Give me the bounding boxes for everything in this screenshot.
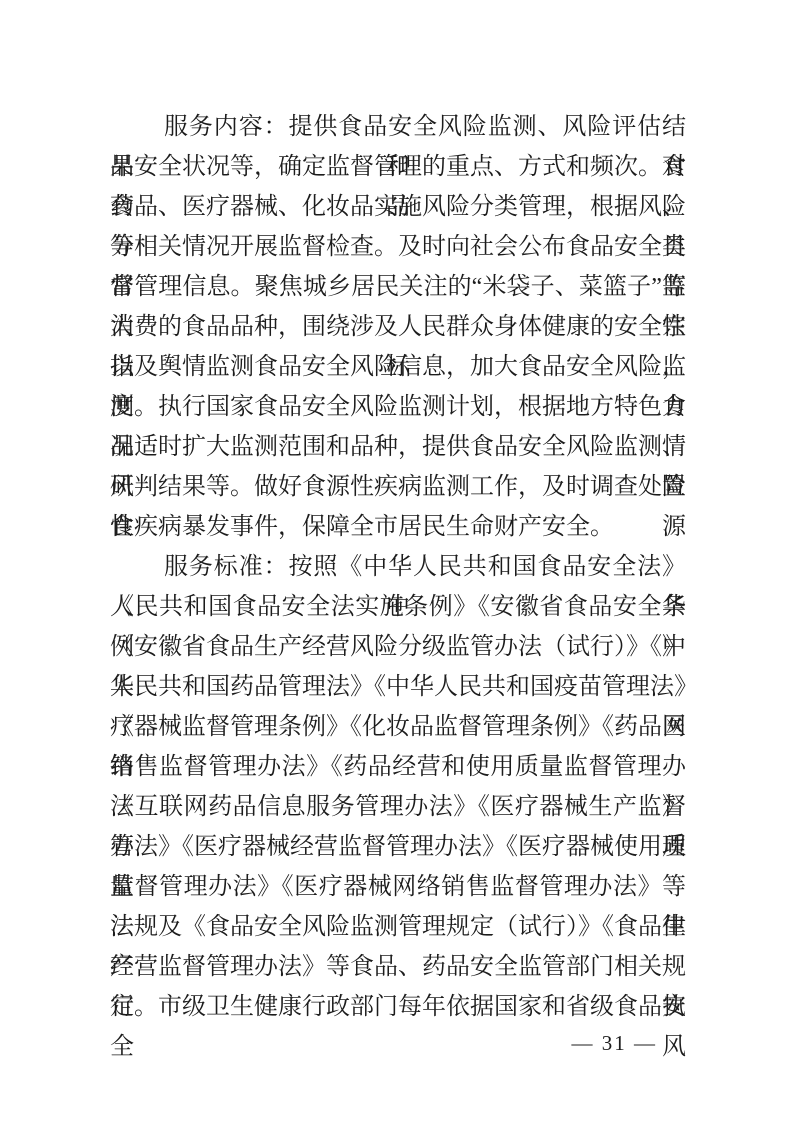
- paragraph-service-content: 服务内容：提供食品安全风险监测、风险评估结果和食品安全状况等，确定监督管理的重点…: [110, 107, 686, 547]
- text-line: 销售监督管理办法》《药品经营和使用质量监督管理办法》: [110, 747, 686, 787]
- text-line: 督管理信息。聚焦城乡居民关注的“米袋子、菜篮子”等大宗: [110, 267, 686, 307]
- text-block: 服务内容：提供食品安全风险监测、风险评估结果和食品安全状况等，确定监督管理的重点…: [110, 107, 686, 1027]
- text-line: 等相关情况开展监督检查。及时向社会公布食品安全日常监: [110, 227, 686, 267]
- text-line: 办法》《医疗器械经营监督管理办法》《医疗器械使用质量: [110, 827, 686, 867]
- text-line: 《安徽省食品生产经营风险分级监管办法（试行）》《中华: [110, 627, 686, 667]
- text-line: 服务标准：按照《中华人民共和国食品安全法》《中华: [110, 547, 686, 587]
- text-line: 度。执行国家食品安全风险监测计划，根据地方特色食品情: [110, 387, 686, 427]
- text-line: 品安全状况等，确定监督管理的重点、方式和频次。对食品、: [110, 147, 686, 187]
- text-line: 消费的食品品种，围绕涉及人民群众身体健康的安全性指标，: [110, 307, 686, 347]
- text-line: 人民共和国食品安全法实施条例》《安徽省食品安全条例》: [110, 587, 686, 627]
- text-line: 《互联网药品信息服务管理办法》《医疗器械生产监督管理: [110, 787, 686, 827]
- text-line: 研判结果等。做好食源性疾病监测工作，及时调查处置食源: [110, 467, 686, 507]
- text-line: 疗器械监督管理条例》《化妆品监督管理条例》《药品网络: [110, 707, 686, 747]
- paragraph-service-standard: 服务标准：按照《中华人民共和国食品安全法》《中华人民共和国食品安全法实施条例》《…: [110, 547, 686, 1027]
- page: 服务内容：提供食品安全风险监测、风险评估结果和食品安全状况等，确定监督管理的重点…: [0, 0, 793, 1122]
- text-line: 监督管理办法》《医疗器械网络销售监督管理办法》等法律: [110, 867, 686, 907]
- text-line: 况适时扩大监测范围和品种，提供食品安全风险监测、风险: [110, 427, 686, 467]
- text-line: 以及舆情监测食品安全风险信息，加大食品安全风险监测力: [110, 347, 686, 387]
- text-line: 药品、医疗器械、化妆品实施风险分类管理，根据风险分类: [110, 187, 686, 227]
- page-number: — 31 —: [572, 1030, 658, 1056]
- text-line: 经营监督管理办法》等食品、药品安全监管部门相关规定执: [110, 947, 686, 987]
- text-line: 服务内容：提供食品安全风险监测、风险评估结果和食: [110, 107, 686, 147]
- text-line: 法规及《食品安全风险监测管理规定（试行）》《食品生产: [110, 907, 686, 947]
- text-line: 行。市级卫生健康行政部门每年依据国家和省级食品安全风: [110, 987, 686, 1027]
- text-line: 性疾病暴发事件，保障全市居民生命财产安全。: [110, 507, 686, 547]
- text-line: 人民共和国药品管理法》《中华人民共和国疫苗管理法》《医: [110, 667, 686, 707]
